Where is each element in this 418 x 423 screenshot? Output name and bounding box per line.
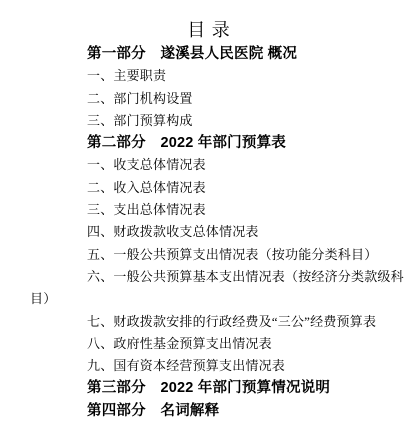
toc-item: 三、部门预算构成: [30, 110, 406, 132]
toc-item: 三、支出总体情况表: [30, 199, 406, 221]
toc-page: 目 录 第一部分 遂溪县人民医院 概况一、主要职责二、部门机构设置三、部门预算构…: [0, 0, 418, 423]
toc-item: 一、主要职责: [30, 65, 406, 87]
table-of-contents: 第一部分 遂溪县人民医院 概况一、主要职责二、部门机构设置三、部门预算构成第二部…: [30, 43, 406, 422]
toc-part-heading: 第二部分 2022 年部门预算表: [30, 132, 406, 154]
toc-item: 四、财政拨款收支总体情况表: [30, 221, 406, 243]
toc-item: 二、部门机构设置: [30, 88, 406, 110]
toc-part-heading: 第四部分 名词解释: [30, 400, 406, 422]
toc-part-heading: 第一部分 遂溪县人民医院 概况: [30, 43, 406, 65]
toc-item: 目）: [30, 288, 406, 310]
toc-item: 九、国有资本经营预算支出情况表: [30, 355, 406, 377]
page-title: 目 录: [0, 19, 418, 41]
toc-item: 八、政府性基金预算支出情况表: [30, 333, 406, 355]
toc-item: 五、一般公共预算支出情况表（按功能分类科目）: [30, 244, 406, 266]
toc-item: 一、收支总体情况表: [30, 154, 406, 176]
toc-item: 六、一般公共预算基本支出情况表（按经济分类款级科: [30, 266, 406, 288]
toc-part-heading: 第三部分 2022 年部门预算情况说明: [30, 377, 406, 399]
toc-item: 七、财政拨款安排的行政经费及“三公”经费预算表: [30, 311, 406, 333]
toc-item: 二、收入总体情况表: [30, 177, 406, 199]
document-page: { "page": { "title": "目 录", "background_…: [0, 0, 418, 423]
